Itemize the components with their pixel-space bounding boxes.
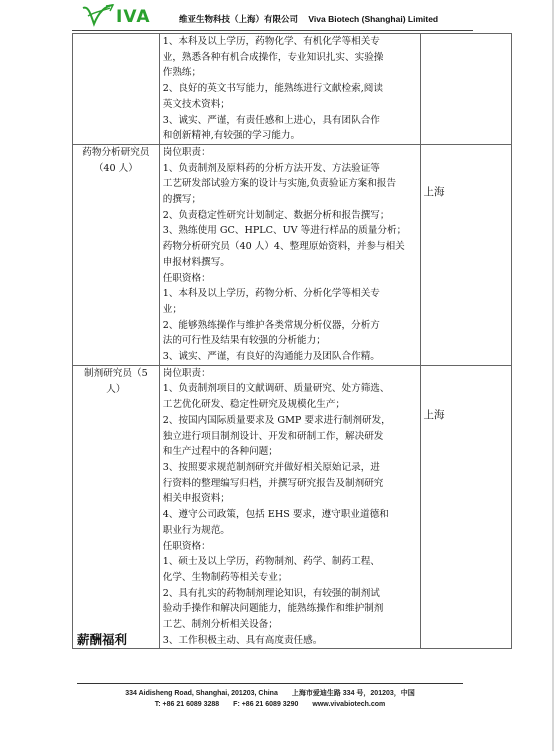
- description-line: 2、良好的英文书写能力，能熟练进行文献检索,阅读: [163, 81, 417, 97]
- table-row: 制剂研究员（5 人） 岗位职责： 1、负责制剂项目的文献调研、质量研究、处方筛选…: [73, 365, 512, 649]
- description-line: 业；: [163, 302, 417, 318]
- description-line: 任职资格：: [163, 539, 417, 555]
- description-line: 作熟练；: [163, 65, 417, 81]
- table-row: 1、本科及以上学历，药物化学、有机化学等相关专 业，熟悉各种有机合成操作，专业知…: [73, 34, 512, 145]
- description-line: 2、能够熟练操作与维护各类常规分析仪器，分析方: [163, 318, 417, 334]
- job-title-cell: 制剂研究员（5 人）: [73, 365, 160, 649]
- description-line: 1、本科及以上学历，药物化学、有机化学等相关专: [163, 34, 417, 50]
- description-line: 2、负责稳定性研究计划制定、数据分析和报告撰写；: [163, 208, 417, 224]
- description-line: 1、硕士及以上学历，药物制剂、药学、制药工程、: [163, 554, 417, 570]
- description-line: 验动手操作和解决问题能力，能熟练操作和维护制剂: [163, 601, 417, 617]
- footer-contact: T: +86 21 6089 3288F: +86 21 6089 3290ww…: [77, 699, 463, 710]
- description-line: 岗位职责：: [163, 366, 417, 382]
- description-line: 3、诚实、严谨，有责任感和上进心，具有团队合作: [163, 113, 417, 129]
- section-heading-benefits: 薪酬福利: [77, 630, 127, 648]
- description-line: 行资料的整理编写归档，并撰写研究报告及制剂研究: [163, 476, 417, 492]
- phone-number: T: +86 21 6089 3288: [155, 701, 219, 708]
- company-name: 维亚生物科技（上海）有限公司 Viva Biotech (Shanghai) L…: [179, 13, 438, 25]
- job-title-cell: 药物分析研究员 （40 人）: [73, 144, 160, 365]
- description-line: 独立进行项目制剂设计、开发和研制工作，解决研发: [163, 429, 417, 445]
- description-line: 和创新精神,有较强的学习能力。: [163, 128, 417, 144]
- description-line: 岗位职责：: [163, 145, 417, 161]
- description-line: 2、具有扎实的药物制剂理论知识，有较强的制剂试: [163, 586, 417, 602]
- description-line: 工艺、制剂分析相关设备；: [163, 617, 417, 633]
- job-title-line: 药物分析研究员: [82, 145, 149, 161]
- description-line: 工艺优化研发、稳定性研究及规模化生产；: [163, 397, 417, 413]
- job-location: 上海: [424, 408, 508, 424]
- job-title: 制剂研究员（5 人）: [84, 366, 148, 398]
- description-line: 3、工作积极主动、具有高度责任感。: [163, 633, 417, 649]
- job-location: 上海: [424, 185, 508, 201]
- description-line: 4、遵守公司政策，包括 EHS 要求，遵守职业道德和: [163, 507, 417, 523]
- job-description-cell: 岗位职责： 1、负责制剂项目的文献调研、质量研究、处方筛选、 工艺优化研发、稳定…: [159, 365, 420, 649]
- job-description-cell: 1、本科及以上学历，药物化学、有机化学等相关专 业，熟悉各种有机合成操作，专业知…: [159, 34, 420, 145]
- description-line: 英文技术资料；: [163, 97, 417, 113]
- description-line: 职业行为规范。: [163, 523, 417, 539]
- fax-number: F: +86 21 6089 3290: [233, 701, 298, 708]
- description-line: 工艺研发部试验方案的设计与实施,负责验证方案和报告: [163, 176, 417, 192]
- description-line: 3、按照要求规范制剂研究并做好相关原始记录，进: [163, 460, 417, 476]
- description-line: 药物分析研究员（40 人）4、整理原始资料，并参与相关: [163, 239, 417, 255]
- header-divider: [72, 30, 473, 31]
- website-link[interactable]: www.vivabiotech.com: [312, 701, 385, 708]
- footer-address: 334 Aidisheng Road, Shanghai, 201203, Ch…: [77, 688, 463, 699]
- footer-divider: [77, 683, 463, 684]
- job-table: 1、本科及以上学历，药物化学、有机化学等相关专 业，熟悉各种有机合成操作，专业知…: [72, 33, 512, 649]
- description-line: 3、熟练使用 GC、HPLC、UV 等进行样品的质量分析；: [163, 223, 417, 239]
- viva-v-swoosh-icon: [80, 2, 116, 28]
- job-title-line: 制剂研究员（5: [84, 366, 148, 382]
- description-line: 1、负责制剂项目的文献调研、质量研究、处方筛选、: [163, 381, 417, 397]
- description-line: 2、按国内国际质量要求及 GMP 要求进行制剂研发，: [163, 413, 417, 429]
- company-name-cn: 维亚生物科技（上海）有限公司: [179, 14, 298, 24]
- job-title: 药物分析研究员 （40 人）: [82, 145, 149, 177]
- job-location-cell: 上海: [420, 365, 511, 649]
- address-en: 334 Aidisheng Road, Shanghai, 201203, Ch…: [125, 690, 278, 697]
- description-line: 3、诚实、严谨，有良好的沟通能力及团队合作精。: [163, 349, 417, 365]
- description-line: 1、负责制剂及原料药的分析方法开发、方法验证等: [163, 161, 417, 177]
- logo-text: IVA: [116, 7, 151, 27]
- job-title-cell: [73, 34, 160, 145]
- job-location-cell: [420, 34, 511, 145]
- viva-logo: IVA: [80, 2, 116, 30]
- job-title-line: （40 人）: [82, 161, 149, 177]
- address-cn: 上海市爱迪生路 334 号，201203，中国: [292, 690, 415, 697]
- description-line: 申报材料撰写。: [163, 255, 417, 271]
- description-line: 相关申报资料；: [163, 491, 417, 507]
- table-row: 药物分析研究员 （40 人） 岗位职责： 1、负责制剂及原料药的分析方法开发、方…: [73, 144, 512, 365]
- description-line: 法的可行性及结果有较强的分析能力；: [163, 333, 417, 349]
- job-location-cell: 上海: [420, 144, 511, 365]
- letterhead-footer: 334 Aidisheng Road, Shanghai, 201203, Ch…: [77, 688, 463, 710]
- description-line: 的撰写；: [163, 192, 417, 208]
- description-line: 1、本科及以上学历，药物分析、分析化学等相关专: [163, 286, 417, 302]
- job-description-cell: 岗位职责： 1、负责制剂及原料药的分析方法开发、方法验证等 工艺研发部试验方案的…: [159, 144, 420, 365]
- job-title-line: 人）: [84, 382, 148, 398]
- description-line: 化学、生物制药等相关专业；: [163, 570, 417, 586]
- description-line: 任职资格：: [163, 271, 417, 287]
- description-line: 和生产过程中的各种问题；: [163, 444, 417, 460]
- company-name-en: Viva Biotech (Shanghai) Limited: [308, 14, 438, 24]
- description-line: 业，熟悉各种有机合成操作，专业知识扎实、实验操: [163, 50, 417, 66]
- letterhead: IVA 维亚生物科技（上海）有限公司 Viva Biotech (Shangha…: [80, 2, 500, 30]
